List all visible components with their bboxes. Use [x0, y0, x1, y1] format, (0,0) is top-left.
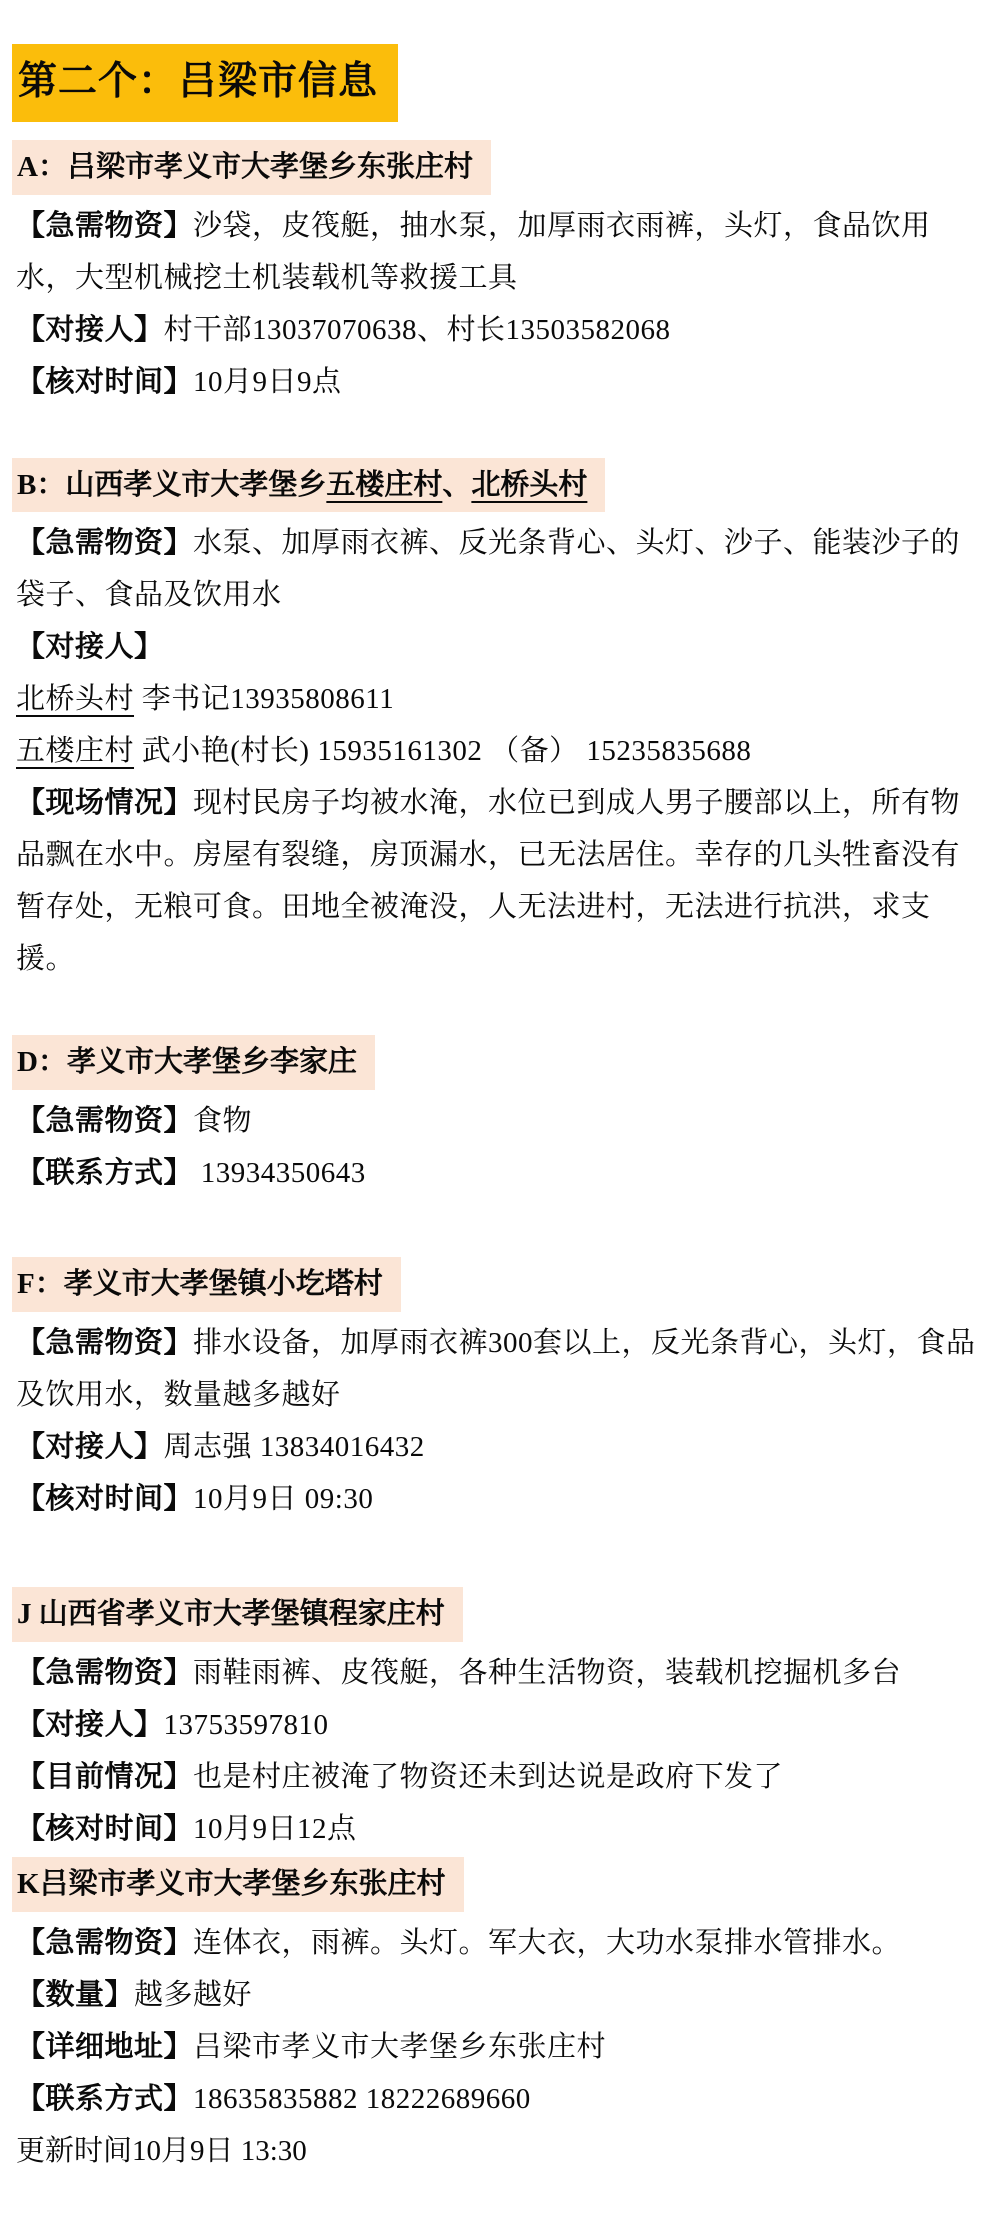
field-label: 【急需物资】	[16, 1105, 193, 1137]
field-label: 【核对时间】	[16, 366, 193, 398]
field-value: 雨鞋雨裤、皮筏艇，各种生活物资，装载机挖掘机多台	[193, 1657, 901, 1689]
section-b-header: B：山西孝义市大孝堡乡五楼庄村、北桥头村	[12, 458, 605, 513]
field-value: 越多越好	[134, 1979, 252, 2011]
field-value: 13753597810	[164, 1709, 329, 1741]
field-value: 村干部13037070638、村长13503582068	[164, 314, 671, 346]
village-name-underlined: 北桥头村	[471, 469, 587, 501]
update-time: 更新时间10月9日 13:30	[12, 2125, 980, 2177]
document-page: 第二个：吕梁市信息 A：吕梁市孝义市大孝堡乡东张庄村 【急需物资】沙袋，皮筏艇，…	[0, 0, 1000, 2217]
field-value: 10月9日 09:30	[193, 1483, 373, 1515]
field-label: 【对接人】	[16, 1709, 164, 1741]
section-f-supplies-line: 【急需物资】排水设备，加厚雨衣裤300套以上，反光条背心，头灯，食品及饮用水，数…	[12, 1317, 980, 1421]
section-f: F：孝义市大孝堡镇小圪塔村 【急需物资】排水设备，加厚雨衣裤300套以上，反光条…	[12, 1257, 980, 1525]
field-value: 也是村庄被淹了物资还未到达说是政府下发了	[193, 1761, 783, 1793]
section-k-header: K吕梁市孝义市大孝堡乡东张庄村	[12, 1857, 464, 1912]
field-label: 【对接人】	[16, 314, 164, 346]
field-label: 【急需物资】	[16, 1927, 193, 1959]
section-j-verify-time-line: 【核对时间】10月9日12点	[12, 1803, 980, 1855]
section-f-verify-time-line: 【核对时间】10月9日 09:30	[12, 1473, 980, 1525]
field-label: 【核对时间】	[16, 1483, 193, 1515]
section-k-supplies-line: 【急需物资】连体衣，雨裤。头灯。军大衣，大功水泵排水管排水。	[12, 1917, 980, 1969]
field-value: 10月9日12点	[193, 1813, 357, 1845]
field-label: 【目前情况】	[16, 1761, 193, 1793]
section-b-header-separator: 、	[442, 469, 471, 501]
section-d-phone-line: 【联系方式】 13934350643	[12, 1147, 980, 1199]
village-name-underlined: 北桥头村	[16, 683, 134, 715]
field-label: 【急需物资】	[16, 1657, 193, 1689]
field-value: 食物	[193, 1105, 252, 1137]
section-j: J 山西省孝义市大孝堡镇程家庄村 【急需物资】雨鞋雨裤、皮筏艇，各种生活物资，装…	[12, 1587, 980, 1855]
contact-info: 武小艳(村长) 15935161302 （备） 15235835688	[134, 735, 751, 767]
section-a: A：吕梁市孝义市大孝堡乡东张庄村 【急需物资】沙袋，皮筏艇，抽水泵，加厚雨衣雨裤…	[12, 140, 980, 408]
section-b-supplies-line: 【急需物资】水泵、加厚雨衣裤、反光条背心、头灯、沙子、能装沙子的袋子、食品及饮用…	[12, 517, 980, 621]
field-label: 【急需物资】	[16, 527, 193, 559]
section-a-header: A：吕梁市孝义市大孝堡乡东张庄村	[12, 140, 491, 195]
field-label: 【数量】	[16, 1979, 134, 2011]
section-d: D：孝义市大孝堡乡李家庄 【急需物资】食物 【联系方式】 13934350643	[12, 1035, 980, 1199]
village-name-underlined: 五楼庄村	[326, 469, 442, 501]
field-label: 【联系方式】	[16, 1157, 193, 1189]
section-d-supplies-line: 【急需物资】食物	[12, 1095, 980, 1147]
field-value: 10月9日9点	[193, 366, 342, 398]
section-k: K吕梁市孝义市大孝堡乡东张庄村 【急需物资】连体衣，雨裤。头灯。军大衣，大功水泵…	[12, 1857, 980, 2125]
section-b-situation-line: 【现场情况】现村民房子均被水淹，水位已到成人男子腰部以上，所有物品飘在水中。房屋…	[12, 777, 980, 985]
section-a-contact-line: 【对接人】村干部13037070638、村长13503582068	[12, 304, 980, 356]
section-b-contact-row: 五楼庄村 武小艳(村长) 15935161302 （备） 15235835688	[12, 725, 980, 777]
field-value: 18635835882 18222689660	[193, 2083, 531, 2115]
section-d-header: D：孝义市大孝堡乡李家庄	[12, 1035, 375, 1090]
section-k-address-line: 【详细地址】吕梁市孝义市大孝堡乡东张庄村	[12, 2021, 980, 2073]
field-label: 【对接人】	[16, 631, 164, 663]
section-k-quantity-line: 【数量】越多越好	[12, 1969, 980, 2021]
field-label: 【现场情况】	[16, 787, 193, 819]
section-b: B：山西孝义市大孝堡乡五楼庄村、北桥头村 【急需物资】水泵、加厚雨衣裤、反光条背…	[12, 458, 980, 986]
section-b-header-prefix: B：山西孝义市大孝堡乡	[17, 469, 326, 501]
field-label: 【联系方式】	[16, 2083, 193, 2115]
field-value: 13934350643	[193, 1157, 366, 1189]
field-label: 【急需物资】	[16, 210, 193, 242]
section-f-header: F：孝义市大孝堡镇小圪塔村	[12, 1257, 401, 1312]
field-label: 【对接人】	[16, 1431, 164, 1463]
field-label: 【详细地址】	[16, 2031, 193, 2063]
section-b-contact-row: 北桥头村 李书记13935808611	[12, 673, 980, 725]
section-j-contact-line: 【对接人】13753597810	[12, 1699, 980, 1751]
section-k-phone-line: 【联系方式】18635835882 18222689660	[12, 2073, 980, 2125]
field-label: 【核对时间】	[16, 1813, 193, 1845]
section-j-header: J 山西省孝义市大孝堡镇程家庄村	[12, 1587, 463, 1642]
village-name-underlined: 五楼庄村	[16, 735, 134, 767]
field-value: 连体衣，雨裤。头灯。军大衣，大功水泵排水管排水。	[193, 1927, 901, 1959]
page-title: 第二个：吕梁市信息	[12, 44, 398, 122]
section-f-contact-line: 【对接人】周志强 13834016432	[12, 1421, 980, 1473]
section-j-status-line: 【目前情况】也是村庄被淹了物资还未到达说是政府下发了	[12, 1751, 980, 1803]
contact-info: 李书记13935808611	[134, 683, 394, 715]
section-j-supplies-line: 【急需物资】雨鞋雨裤、皮筏艇，各种生活物资，装载机挖掘机多台	[12, 1647, 980, 1699]
field-value: 周志强 13834016432	[164, 1431, 425, 1463]
section-b-contact-label-line: 【对接人】	[12, 621, 980, 673]
field-value: 吕梁市孝义市大孝堡乡东张庄村	[193, 2031, 606, 2063]
section-a-verify-time-line: 【核对时间】10月9日9点	[12, 356, 980, 408]
section-a-supplies-line: 【急需物资】沙袋，皮筏艇，抽水泵，加厚雨衣雨裤，头灯，食品饮用水，大型机械挖土机…	[12, 200, 980, 304]
field-label: 【急需物资】	[16, 1327, 193, 1359]
